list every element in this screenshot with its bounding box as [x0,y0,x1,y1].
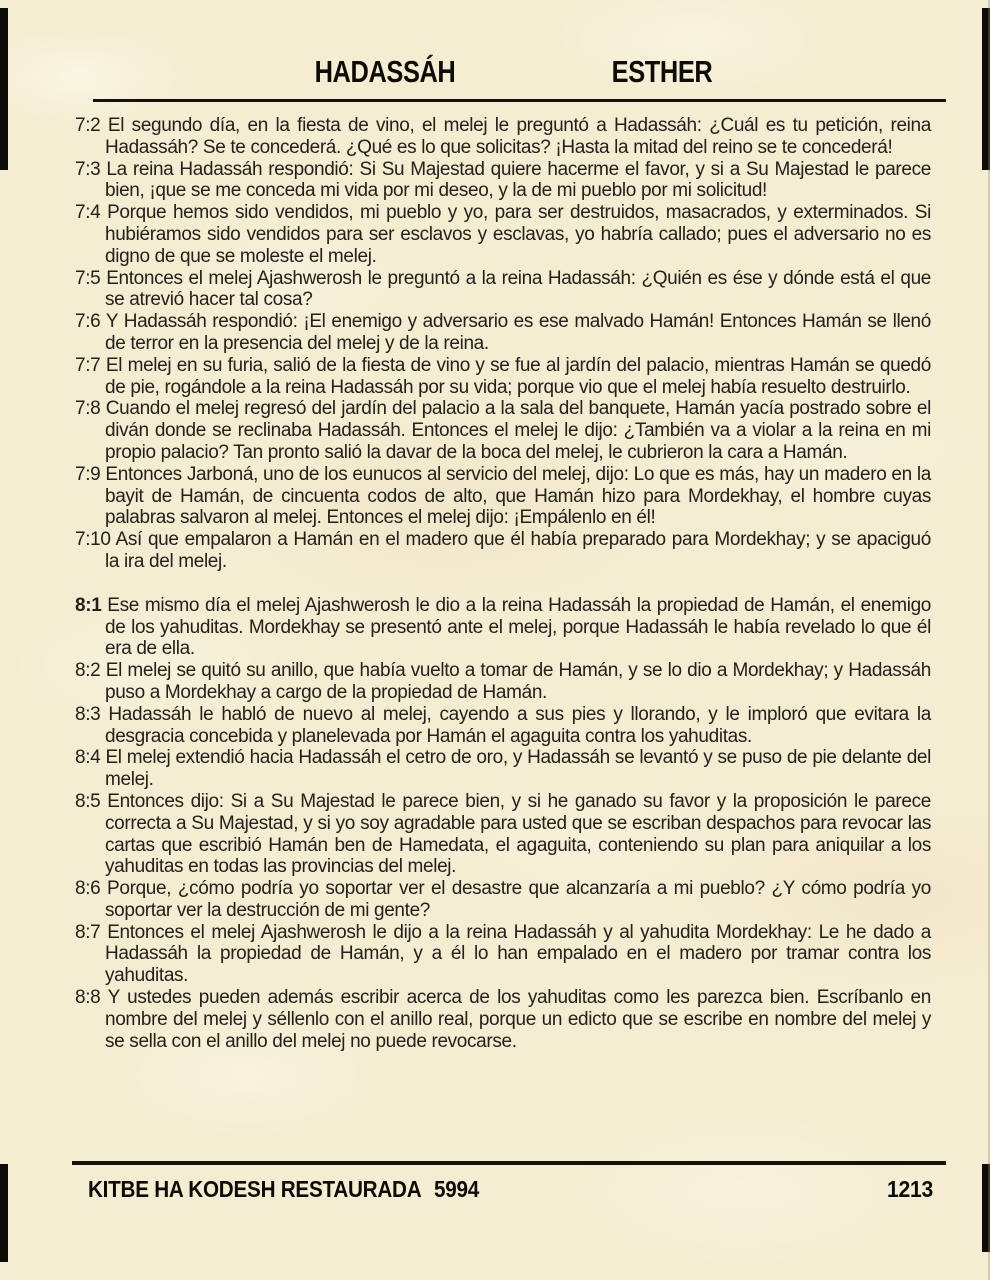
verse-7-10: 7:10 Así que empalaron a Hamán en el mad… [75,529,931,573]
verse-number: 8:7 [75,922,100,943]
verse-7-3: 7:3 La reina Hadassáh respondió: Si Su M… [75,159,931,203]
verse-number: 8:3 [75,704,100,725]
verse-8-5: 8:5 Entonces dijo: Si a Su Majestad le p… [75,791,931,878]
verse-number: 7:7 [75,355,100,376]
verse-7-4: 7:4 Porque hemos sido vendidos, mi puebl… [75,202,931,267]
verse-number: 8:2 [75,660,100,681]
verse-text-block: 7:2 El segundo día, en la fiesta de vino… [75,115,931,1052]
verse-number: 8:4 [75,747,100,768]
verse-number: 8:8 [75,987,100,1008]
verse-8-7: 8:7 Entonces el melej Ajashwerosh le dij… [75,922,931,987]
verse-7-8: 7:8 Cuando el melej regresó del jardín d… [75,398,931,463]
verse-number: 8:6 [75,878,100,899]
verse-7-5: 7:5 Entonces el melej Ajashwerosh le pre… [75,268,931,312]
verse-7-7: 7:7 El melej en su furia, salió de la fi… [75,355,931,399]
verse-number: 7:6 [75,311,100,332]
verse-8-8: 8:8 Y ustedes pueden además escribir ace… [75,987,931,1052]
header-divider-rule [93,99,946,102]
footer-edition-title: KITBE HA KODESH RESTAURADA [88,1176,421,1202]
footer-edition: KITBE HA KODESH RESTAURADA5994 [88,1176,479,1203]
verse-number: 7:10 [75,529,111,550]
verse-8-2: 8:2 El melej se quitó su anillo, que hab… [75,660,931,704]
verse-number: 7:9 [75,464,100,485]
verse-8-1: 8:1 Ese mismo día el melej Ajashwerosh l… [75,595,931,660]
verse-8-6: 8:6 Porque, ¿cómo podría yo soportar ver… [75,878,931,922]
verse-7-2: 7:2 El segundo día, en la fiesta de vino… [75,115,931,159]
scanned-bible-page: { "document": { "header": { "title_left"… [0,0,990,1280]
verse-number: 7:3 [75,159,100,180]
scan-edge-mark-top-left [0,8,8,170]
verse-7-9: 7:9 Entonces Jarboná, uno de los eunucos… [75,464,931,529]
page-title-book-name: ESTHER [612,54,713,90]
footer-page-number: 1213 [887,1176,933,1203]
verse-number: 7:4 [75,202,100,223]
footer-year: 5994 [434,1176,479,1202]
scan-edge-mark-bottom-left [0,1164,8,1262]
page-title-hebrew-name: HADASSÁH [315,54,456,90]
verse-number: 8:1 [75,595,101,616]
verse-number: 7:2 [75,115,100,136]
verse-number: 7:8 [75,398,100,419]
verse-number: 8:5 [75,791,100,812]
verse-8-3: 8:3 Hadassáh le habló de nuevo al melej,… [75,704,931,748]
verse-8-4: 8:4 El melej extendió hacia Hadassáh el … [75,747,931,791]
verse-7-6: 7:6 Y Hadassáh respondió: ¡El enemigo y … [75,311,931,355]
footer-divider-rule [72,1161,946,1165]
verse-number: 7:5 [75,268,100,289]
